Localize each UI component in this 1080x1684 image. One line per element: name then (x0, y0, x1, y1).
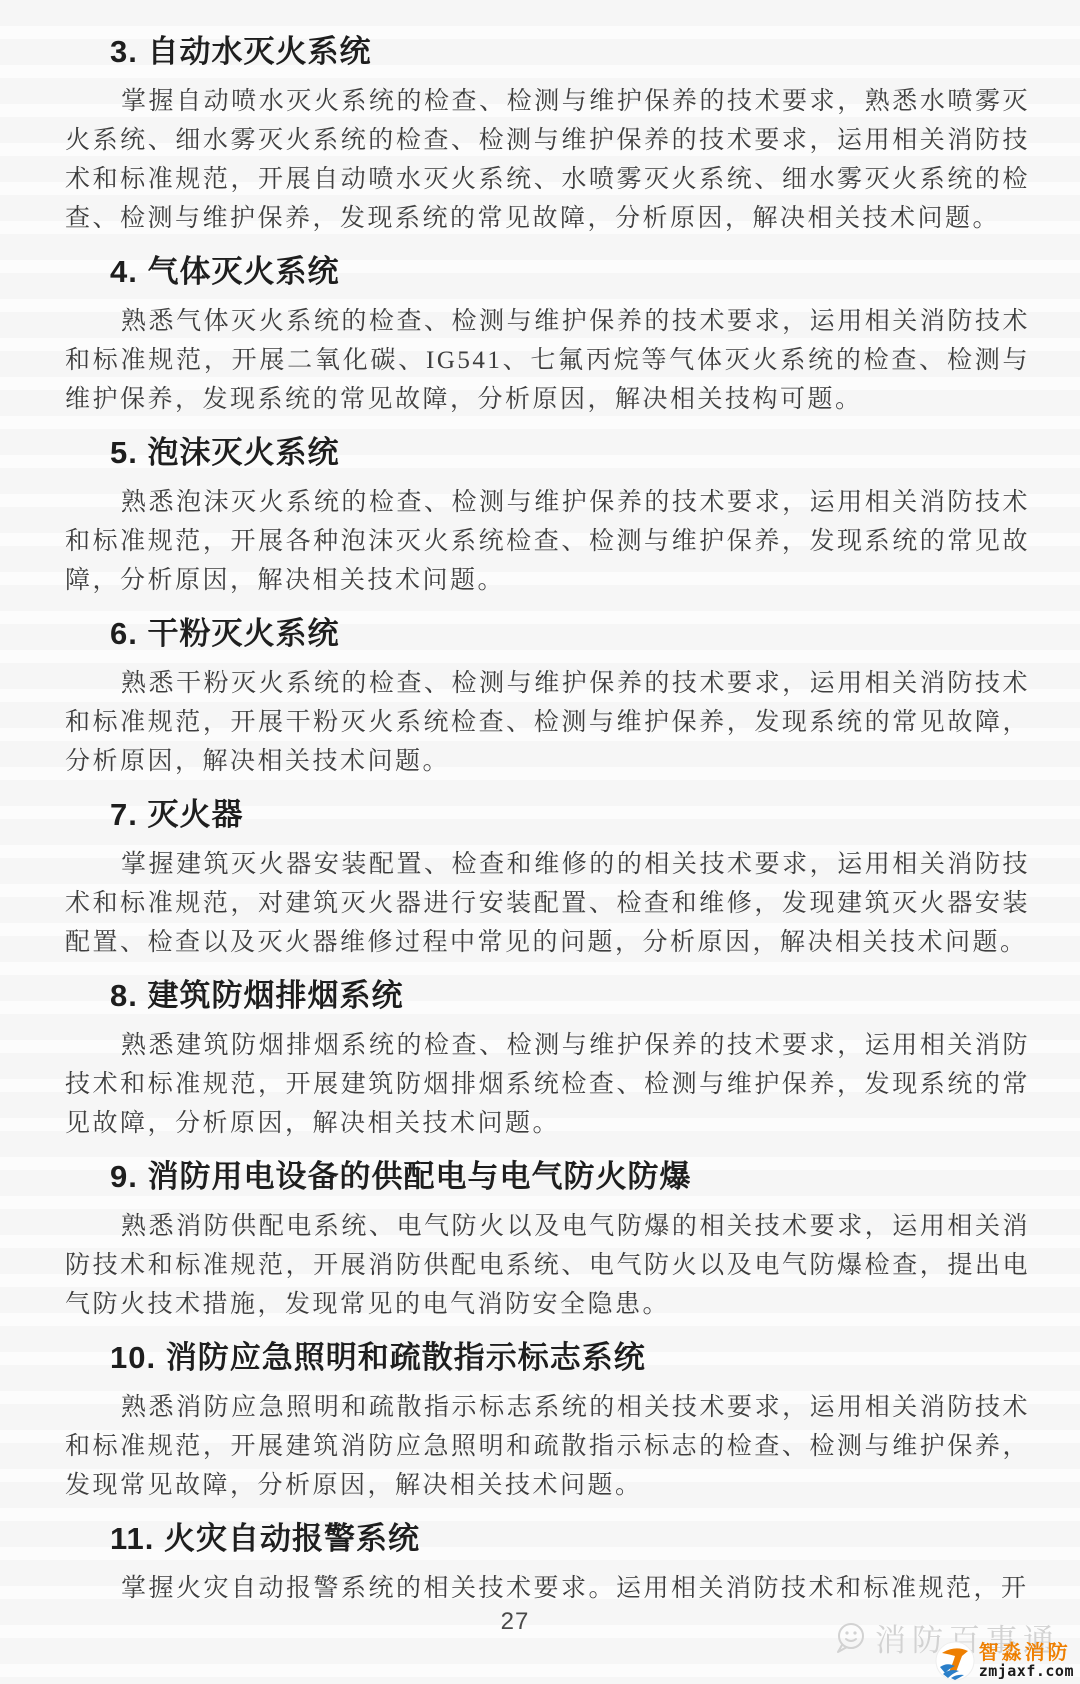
logo-site: zmjaxf.com (979, 1664, 1074, 1680)
page-number: 27 (460, 1608, 570, 1636)
section-smoke-control: 8. 建筑防烟排烟系统 熟悉建筑防烟排烟系统的检查、检测与维护保养的技术要求，运… (65, 978, 1030, 1143)
section-body: 熟悉干粉灭火系统的检查、检测与维护保养的技术要求，运用相关消防技术和标准规范，开… (65, 664, 1030, 781)
section-body: 熟悉消防供配电系统、电气防火以及电气防爆的相关技术要求，运用相关消防技术和标准规… (65, 1207, 1030, 1324)
section-dry-powder-extinguishing: 6. 干粉灭火系统 熟悉干粉灭火系统的检查、检测与维护保养的技术要求，运用相关消… (65, 616, 1030, 781)
section-gas-extinguishing: 4. 气体灭火系统 熟悉气体灭火系统的检查、检测与维护保养的技术要求，运用相关消… (65, 254, 1030, 419)
section-body: 掌握建筑灭火器安装配置、检查和维修的的相关技术要求，运用相关消防技术和标准规范，… (65, 845, 1030, 962)
zhimiao-logo: 智淼消防 zmjaxf.com (935, 1641, 1074, 1681)
section-title: 4. 气体灭火系统 (110, 254, 1030, 290)
section-title: 7. 灭火器 (110, 797, 1030, 833)
section-body: 熟悉泡沫灭火系统的检查、检测与维护保养的技术要求，运用相关消防技术和标准规范，开… (65, 483, 1030, 600)
document-content: 3. 自动水灭火系统 掌握自动喷水灭火系统的检查、检测与维护保养的技术要求，熟悉… (0, 0, 1080, 1608)
zhimiao-logo-icon (935, 1641, 975, 1681)
section-power-supply-explosion-proof: 9. 消防用电设备的供配电与电气防火防爆 熟悉消防供配电系统、电气防火以及电气防… (65, 1159, 1030, 1324)
section-fire-alarm: 11. 火灾自动报警系统 掌握火灾自动报警系统的相关技术要求。运用相关消防技术和… (65, 1521, 1030, 1608)
section-title: 8. 建筑防烟排烟系统 (110, 978, 1030, 1014)
section-auto-water-extinguishing: 3. 自动水灭火系统 掌握自动喷水灭火系统的检查、检测与维护保养的技术要求，熟悉… (65, 34, 1030, 238)
document-page: 3. 自动水灭火系统 掌握自动喷水灭火系统的检查、检测与维护保养的技术要求，熟悉… (0, 0, 1080, 1684)
section-title: 5. 泡沫灭火系统 (110, 435, 1030, 471)
logo-text-block: 智淼消防 zmjaxf.com (979, 1643, 1074, 1680)
section-title: 10. 消防应急照明和疏散指示标志系统 (110, 1340, 1030, 1376)
section-body: 掌握火灾自动报警系统的相关技术要求。运用相关消防技术和标准规范，开 (65, 1569, 1030, 1608)
logo-title: 智淼消防 (979, 1643, 1074, 1664)
section-body: 熟悉气体灭火系统的检查、检测与维护保养的技术要求，运用相关消防技术和标准规范，开… (65, 302, 1030, 419)
section-title: 9. 消防用电设备的供配电与电气防火防爆 (110, 1159, 1030, 1195)
section-fire-extinguisher: 7. 灭火器 掌握建筑灭火器安装配置、检查和维修的的相关技术要求，运用相关消防技… (65, 797, 1030, 962)
section-foam-extinguishing: 5. 泡沫灭火系统 熟悉泡沫灭火系统的检查、检测与维护保养的技术要求，运用相关消… (65, 435, 1030, 600)
section-body: 熟悉建筑防烟排烟系统的检查、检测与维护保养的技术要求，运用相关消防技术和标准规范… (65, 1026, 1030, 1143)
section-title: 6. 干粉灭火系统 (110, 616, 1030, 652)
section-emergency-lighting: 10. 消防应急照明和疏散指示标志系统 熟悉消防应急照明和疏散指示标志系统的相关… (65, 1340, 1030, 1505)
section-body: 掌握自动喷水灭火系统的检查、检测与维护保养的技术要求，熟悉水喷雾灭火系统、细水雾… (65, 82, 1030, 238)
section-body: 熟悉消防应急照明和疏散指示标志系统的相关技术要求，运用相关消防技术和标准规范，开… (65, 1388, 1030, 1505)
section-title: 3. 自动水灭火系统 (110, 34, 1030, 70)
chat-bubble-smiley-icon (832, 1621, 868, 1655)
section-title: 11. 火灾自动报警系统 (110, 1521, 1030, 1557)
